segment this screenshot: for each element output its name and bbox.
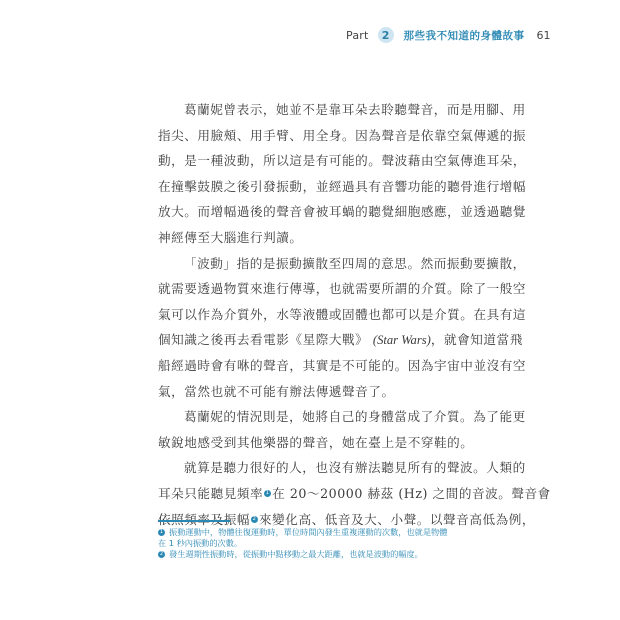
footnote-1: 1 振動運動中，物體往復運動時，單位時間內發生重複運動的次數，也就是物體: [158, 527, 478, 538]
text-line: 動，是一種波動，所以這是有可能的。聲波藉由空氣傳進耳朵，: [158, 148, 470, 174]
text-line: 就算是聽力很好的人，也沒有辦法聽見所有的聲波。人類的: [158, 455, 470, 481]
text-line: 耳朵只能聽見頻率1在 20～20000 赫茲 (Hz) 之間的音波。聲音會: [158, 481, 470, 507]
text-line: 放大。而增幅過後的聲音會被耳蝸的聽覺細胞感應，並透過聽覺: [158, 199, 470, 225]
text-segment: 個知識之後再去看電影《星際大戰》: [158, 332, 368, 347]
footnote-number: 2: [158, 551, 165, 558]
footnote-ref-1[interactable]: 1: [264, 490, 271, 497]
text-segment: 在 20～20000 赫茲 (Hz) 之間的音波。聲音會: [272, 486, 551, 501]
text-line: 「波動」指的是振動擴散至四周的意思。然而振動要擴散，: [158, 251, 470, 277]
text-segment: 耳朵只能聽見頻率: [158, 486, 263, 501]
footnote-text: 振動運動中，物體往復運動時，單位時間內發生重複運動的次數，也就是物體: [169, 527, 447, 538]
part-label: Part: [346, 29, 369, 42]
text-segment: ，就會知道當飛: [431, 332, 523, 347]
text-line: 葛蘭妮曾表示，她並不是靠耳朵去聆聽聲音，而是用腳、用: [158, 97, 470, 123]
text-line: 在撞擊鼓膜之後引發振動，並經過具有音響功能的聽骨進行增幅: [158, 174, 470, 200]
footnote-text: 發生週期性振動時，從振動中點移動之最大距離，也就是波動的幅度。: [169, 549, 423, 560]
paragraph: 葛蘭妮曾表示，她並不是靠耳朵去聆聽聲音，而是用腳、用 指尖、用臉頰、用手臂、用全…: [158, 97, 470, 251]
chapter-title: 那些我不知道的身體故事: [404, 28, 525, 43]
text-line: 葛蘭妮的情況則是，她將自己的身體當成了介質。為了能更: [158, 404, 470, 430]
text-line: 氣，當然也就不可能有辦法傳遞聲音了。: [158, 379, 470, 405]
text-line: 神經傳至大腦進行判讀。: [158, 225, 470, 251]
body-text: 葛蘭妮曾表示，她並不是靠耳朵去聆聽聲音，而是用腳、用 指尖、用臉頰、用手臂、用全…: [158, 97, 470, 532]
footnote-1-continued: 在 1 秒內振動的次數。: [158, 538, 478, 549]
text-line: 氣可以作為介質外，水等液體或固體也都可以是介質。在具有這: [158, 302, 470, 328]
paragraph: 「波動」指的是振動擴散至四周的意思。然而振動要擴散， 就需要透過物質來進行傳導，…: [158, 251, 470, 405]
text-segment: 來變化高、低音及大、小聲。以聲音高低為例，: [259, 512, 535, 527]
part-number-badge: 2: [378, 27, 394, 43]
footnote-divider: [158, 520, 230, 522]
footnote-number: 1: [158, 529, 165, 536]
footnote-2: 2 發生週期性振動時，從振動中點移動之最大距離，也就是波動的幅度。: [158, 549, 478, 560]
text-line: 指尖、用臉頰、用手臂、用全身。因為聲音是依靠空氣傳遞的振: [158, 123, 470, 149]
text-line: 敏銳地感受到其他樂器的聲音，她在臺上是不穿鞋的。: [158, 430, 470, 456]
text-line: 就需要透過物質來進行傳導，也就需要所謂的介質。除了一般空: [158, 276, 470, 302]
text-segment: 依照頻率及振幅: [158, 512, 250, 527]
footnotes: 1 振動運動中，物體往復運動時，單位時間內發生重複運動的次數，也就是物體 在 1…: [158, 527, 478, 560]
text-line: 船經過時會有咻的聲音，其實是不可能的。因為宇宙中並沒有空: [158, 353, 470, 379]
page-number: 61: [537, 29, 551, 42]
footnote-text: 在 1 秒內振動的次數。: [158, 538, 242, 549]
english-title: (Star Wars): [373, 333, 431, 347]
running-header: Part 2 那些我不知道的身體故事 61: [346, 27, 551, 43]
paragraph: 葛蘭妮的情況則是，她將自己的身體當成了介質。為了能更 敏銳地感受到其他樂器的聲音…: [158, 404, 470, 455]
footnote-ref-2[interactable]: 2: [251, 516, 258, 523]
text-line: 個知識之後再去看電影《星際大戰》 (Star Wars)，就會知道當飛: [158, 327, 470, 353]
